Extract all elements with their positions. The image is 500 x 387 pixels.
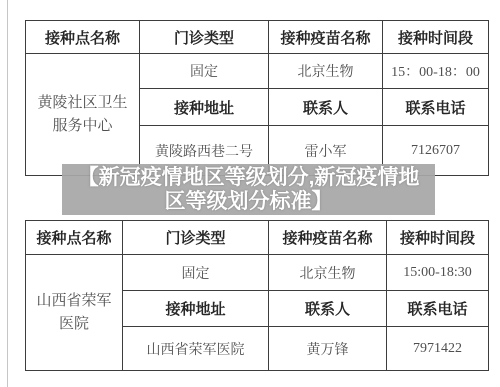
clinic-type-cell: 固定: [140, 54, 269, 89]
vaccination-site-table-1: 接种点名称 门诊类型 接种疫苗名称 接种时间段 黄陵社区卫生服务中心 固定 北京…: [25, 20, 489, 176]
time-range-cell: 15:00-18:30: [387, 255, 489, 291]
phone-number-cell: 7971422: [387, 327, 489, 371]
vaccination-site-table-2: 接种点名称 门诊类型 接种疫苗名称 接种时间段 山西省荣军医院 固定 北京生物 …: [25, 220, 489, 371]
phone-label-cell: 联系电话: [383, 89, 489, 126]
clinic-type-cell: 固定: [123, 255, 269, 291]
left-edge-line: [7, 0, 8, 387]
header-vaccine-name: 接种疫苗名称: [269, 221, 387, 255]
table-row: 黄陵社区卫生服务中心 固定 北京生物 15：00-18：00: [26, 54, 489, 89]
vaccine-name-cell: 北京生物: [269, 54, 383, 89]
table-row: 接种点名称 门诊类型 接种疫苗名称 接种时间段: [26, 21, 489, 54]
address-label-cell: 接种地址: [123, 291, 269, 327]
header-clinic-type: 门诊类型: [140, 21, 269, 54]
table-row: 山西省荣军医院 固定 北京生物 15:00-18:30: [26, 255, 489, 291]
address-label-cell: 接种地址: [140, 89, 269, 126]
watermark-title-banner: 【新冠疫情地区等级划分,新冠疫情地 区等级划分标准】: [62, 164, 435, 215]
header-site-name: 接种点名称: [26, 21, 140, 54]
contact-label-cell: 联系人: [269, 291, 387, 327]
contact-name-cell: 黄万锋: [269, 327, 387, 371]
watermark-title-line2: 区等级划分标准】: [62, 190, 435, 214]
time-range-cell: 15：00-18：00: [383, 54, 489, 89]
header-time-range: 接种时间段: [383, 21, 489, 54]
contact-label-cell: 联系人: [269, 89, 383, 126]
phone-label-cell: 联系电话: [387, 291, 489, 327]
header-clinic-type: 门诊类型: [123, 221, 269, 255]
watermark-title-line1: 【新冠疫情地区等级划分,新冠疫情地: [62, 166, 435, 190]
site-name-cell: 山西省荣军医院: [26, 255, 123, 371]
site-name-cell: 黄陵社区卫生服务中心: [26, 54, 140, 176]
vaccine-name-cell: 北京生物: [269, 255, 387, 291]
header-time-range: 接种时间段: [387, 221, 489, 255]
address-cell: 山西省荣军医院: [123, 327, 269, 371]
header-vaccine-name: 接种疫苗名称: [269, 21, 383, 54]
page: 接种点名称 门诊类型 接种疫苗名称 接种时间段 黄陵社区卫生服务中心 固定 北京…: [0, 0, 500, 387]
header-site-name: 接种点名称: [26, 221, 123, 255]
table-row: 接种点名称 门诊类型 接种疫苗名称 接种时间段: [26, 221, 489, 255]
